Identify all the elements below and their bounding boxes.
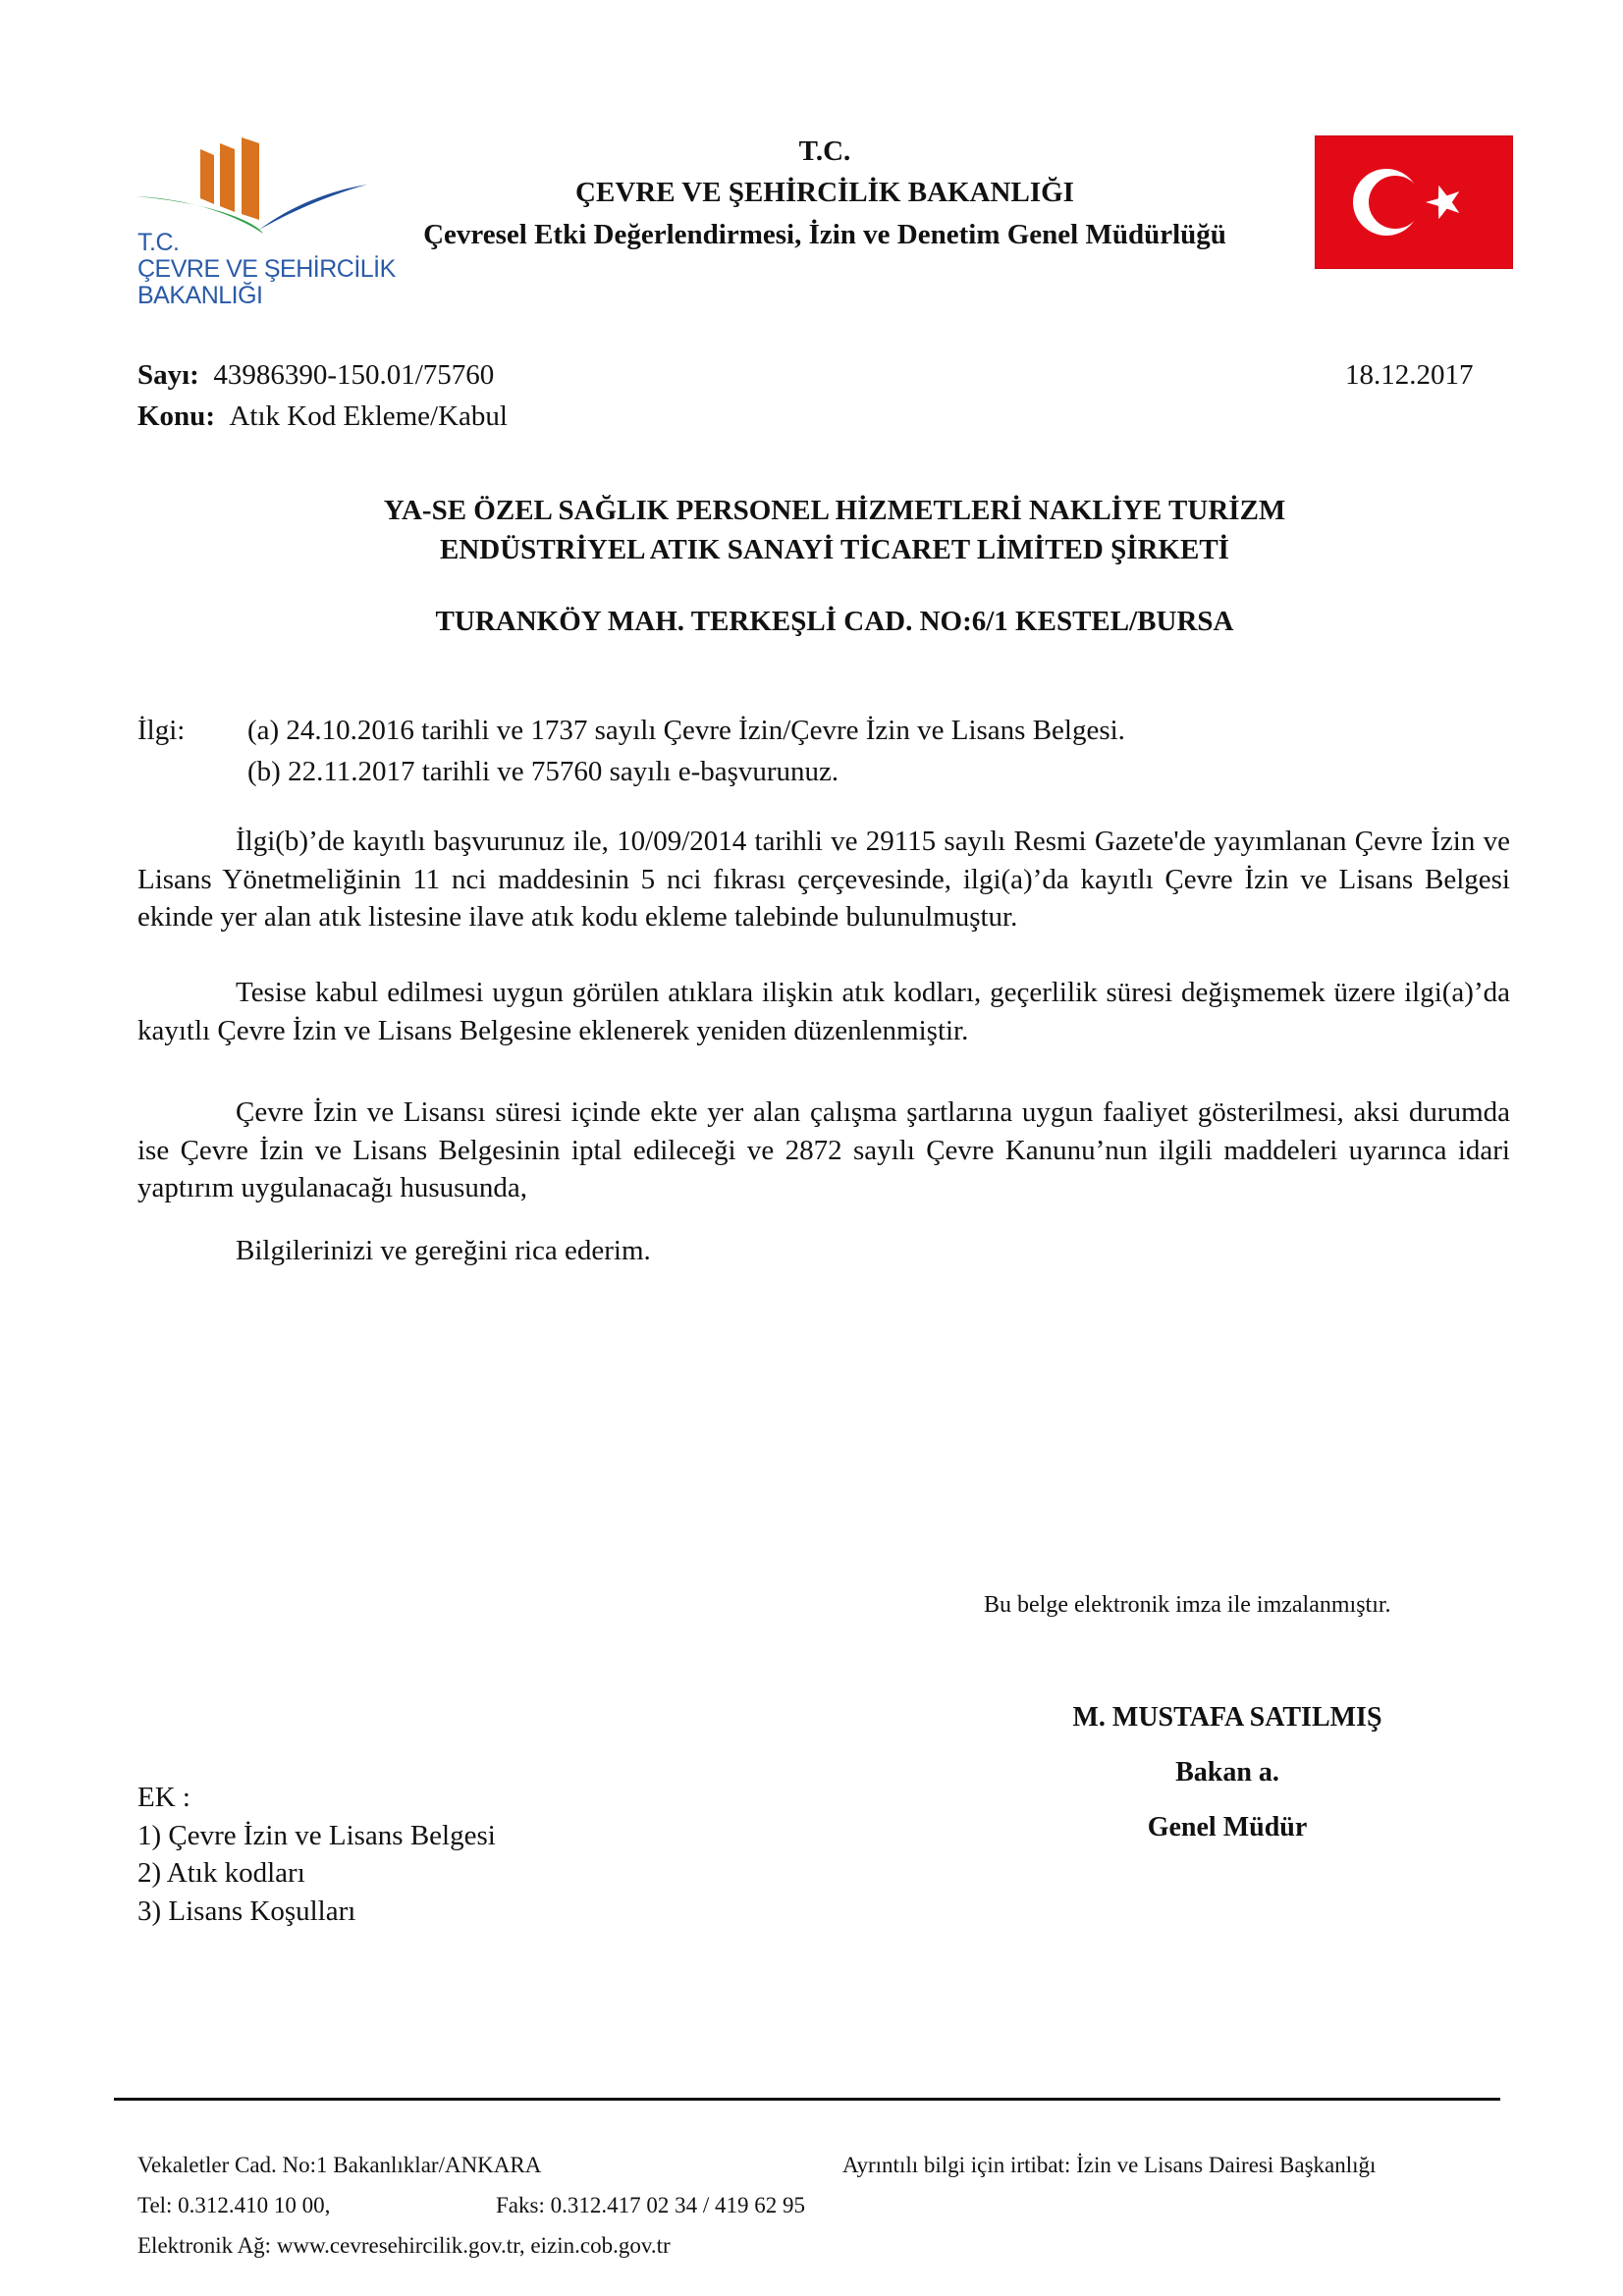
logo-line-3: BAKANLIĞI xyxy=(137,283,396,309)
header-ministry: ÇEVRE VE ŞEHİRCİLİK BAKANLIĞI xyxy=(353,177,1296,209)
attachment-item: 1) Çevre İzin ve Lisans Belgesi xyxy=(137,1817,496,1855)
footer-divider xyxy=(114,2098,1500,2101)
addressee-line-2: ENDÜSTRİYEL ATIK SANAYİ TİCARET LİMİTED … xyxy=(295,534,1375,566)
signatory-name: M. MUSTAFA SATILMIŞ xyxy=(1001,1702,1453,1734)
header-directorate: Çevresel Etki Değerlendirmesi, İzin ve D… xyxy=(353,219,1296,251)
signatory-title-1: Bakan a. xyxy=(1001,1757,1453,1789)
body-paragraph-3-text: Çevre İzin ve Lisansı süresi içinde ekte… xyxy=(137,1096,1510,1203)
addressee-line-1: YA-SE ÖZEL SAĞLIK PERSONEL HİZMETLERİ NA… xyxy=(295,495,1375,527)
konu-label: Konu: xyxy=(137,400,215,432)
ministry-logo: T.C. ÇEVRE VE ŞEHİRCİLİK BAKANLIĞI xyxy=(134,135,369,322)
sayi-label: Sayı: xyxy=(137,359,199,391)
footer-address: Vekaletler Cad. No:1 Bakanlıklar/ANKARA xyxy=(137,2153,541,2178)
ilgi-item-a: (a) 24.10.2016 tarihli ve 1737 sayılı Çe… xyxy=(247,715,1125,747)
ilgi-item-b: (b) 22.11.2017 tarihli ve 75760 sayılı e… xyxy=(247,756,839,788)
turkish-flag-icon xyxy=(1315,135,1513,269)
attachment-item: 2) Atık kodları xyxy=(137,1854,496,1893)
attachment-item: 3) Lisans Koşulları xyxy=(137,1893,496,1931)
footer-contact: Ayrıntılı bilgi için irtibat: İzin ve Li… xyxy=(842,2153,1376,2178)
body-paragraph-2-text: Tesise kabul edilmesi uygun görülen atık… xyxy=(137,977,1510,1046)
body-paragraph-1: İlgi(b)’de kayıtlı başvurunuz ile, 10/09… xyxy=(137,823,1510,936)
header-tc: T.C. xyxy=(353,135,1296,168)
logo-line-2: ÇEVRE VE ŞEHİRCİLİK xyxy=(137,256,396,283)
konu-value: Atık Kod Ekleme/Kabul xyxy=(229,400,508,432)
turkish-flag xyxy=(1315,135,1513,269)
subject: Konu: Atık Kod Ekleme/Kabul xyxy=(137,400,508,433)
body-paragraph-3: Çevre İzin ve Lisansı süresi içinde ekte… xyxy=(137,1094,1510,1207)
closing-line: Bilgilerinizi ve gereğini rica ederim. xyxy=(236,1235,651,1267)
body-paragraph-2: Tesise kabul edilmesi uygun görülen atık… xyxy=(137,974,1510,1049)
ministry-logo-icon xyxy=(134,135,369,234)
footer-phone: Tel: 0.312.410 10 00, xyxy=(137,2193,330,2218)
signatory-title-2: Genel Müdür xyxy=(1001,1812,1453,1843)
ilgi-label: İlgi: xyxy=(137,715,185,747)
document-date: 18.12.2017 xyxy=(1345,359,1474,392)
addressee-address: TURANKÖY MAH. TERKEŞLİ CAD. NO:6/1 KESTE… xyxy=(295,606,1375,638)
footer-fax: Faks: 0.312.417 02 34 / 419 62 95 xyxy=(496,2193,805,2218)
attachments-list: EK : 1) Çevre İzin ve Lisans Belgesi 2) … xyxy=(137,1779,496,1930)
attachments-label: EK : xyxy=(137,1779,496,1817)
reference-number: Sayı: 43986390-150.01/75760 xyxy=(137,359,494,392)
sayi-value: 43986390-150.01/75760 xyxy=(213,359,494,391)
body-paragraph-1-text: İlgi(b)’de kayıtlı başvurunuz ile, 10/09… xyxy=(137,826,1510,933)
footer-website: Elektronik Ağ: www.cevresehircilik.gov.t… xyxy=(137,2233,671,2259)
e-signature-note: Bu belge elektronik imza ile imzalanmışt… xyxy=(984,1592,1391,1619)
